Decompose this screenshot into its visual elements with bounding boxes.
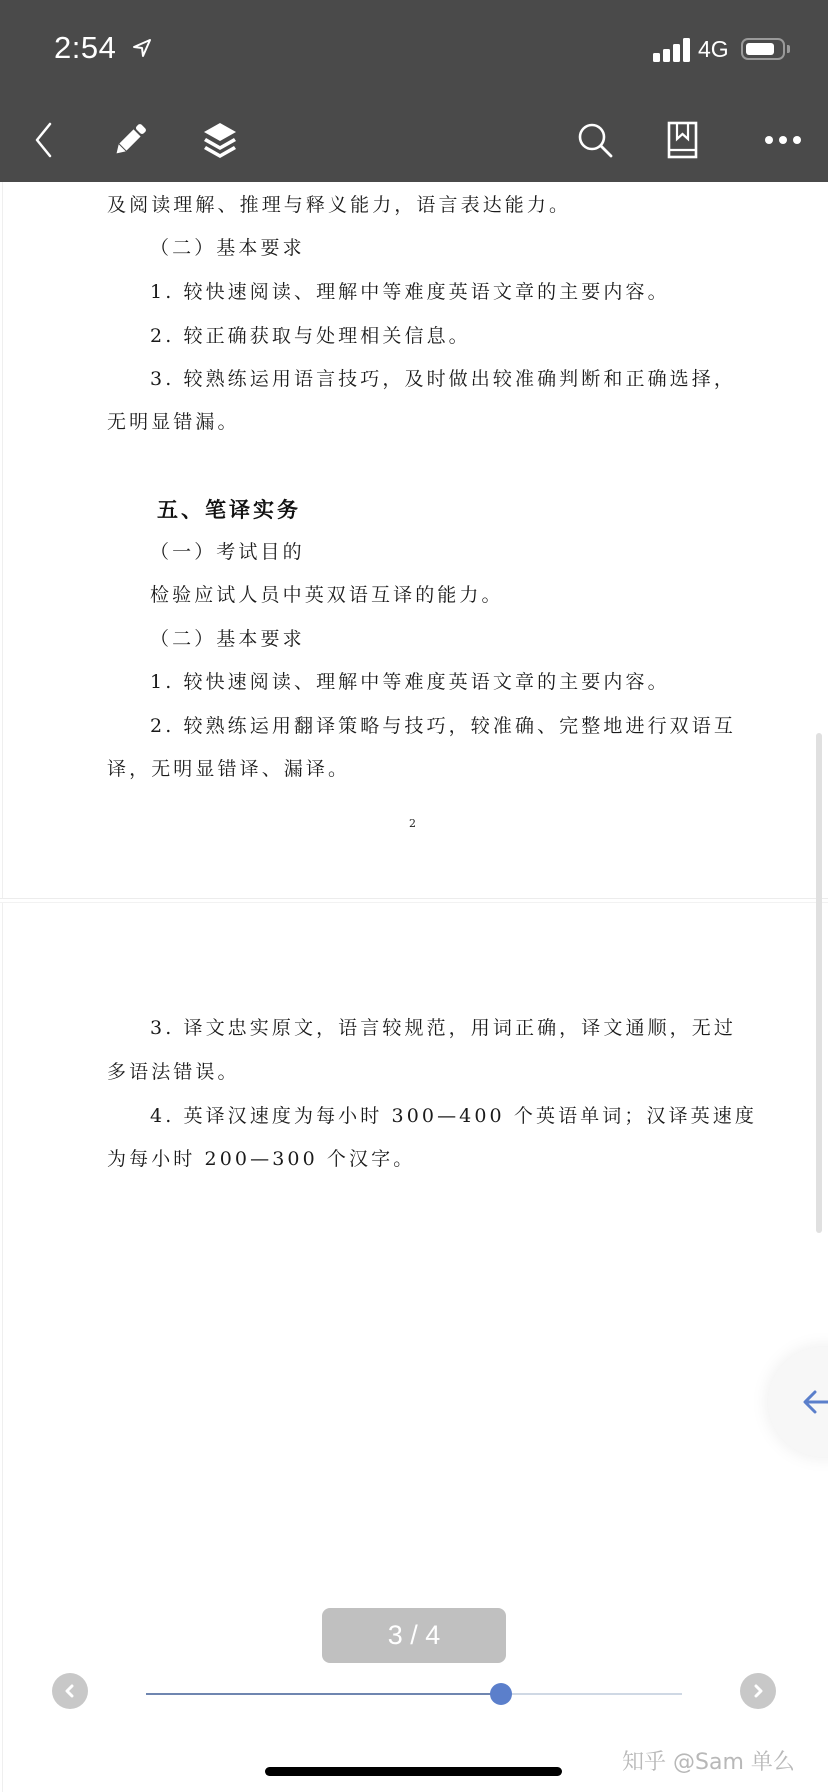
page-indicator-badge: 3 / 4 bbox=[322, 1608, 506, 1663]
doc-list-item-continuation: 多语法错误。 bbox=[107, 1060, 240, 1084]
annotate-button[interactable] bbox=[108, 118, 152, 162]
page-slider-track[interactable] bbox=[146, 1693, 682, 1695]
bookmarks-button[interactable] bbox=[661, 118, 705, 162]
more-button[interactable] bbox=[761, 118, 805, 162]
doc-paragraph-line: 及阅读理解、推理与释义能力，语言表达能力。 bbox=[107, 193, 571, 217]
app-header: 2:54 4G bbox=[0, 0, 828, 182]
battery-icon bbox=[741, 38, 785, 60]
doc-list-item: 4. 英译汉速度为每小时 300—400 个英语单词；汉译英速度 bbox=[150, 1104, 757, 1128]
bookmark-book-icon bbox=[666, 120, 700, 160]
doc-paragraph-line: 检验应试人员中英双语互译的能力。 bbox=[150, 583, 504, 607]
doc-subheading: （一）考试目的 bbox=[150, 540, 305, 564]
arrow-left-icon bbox=[802, 1389, 828, 1415]
doc-list-item: 1. 较快速阅读、理解中等难度英语文章的主要内容。 bbox=[150, 280, 670, 304]
page-slider-fill bbox=[146, 1693, 501, 1695]
layers-icon bbox=[200, 120, 240, 160]
doc-list-item: 2. 较正确获取与处理相关信息。 bbox=[150, 324, 471, 348]
next-page-button[interactable] bbox=[740, 1673, 776, 1709]
more-icon bbox=[763, 134, 803, 146]
doc-list-item-continuation: 译，无明显错译、漏译。 bbox=[107, 757, 350, 781]
chevron-left-icon bbox=[64, 1684, 76, 1698]
home-indicator[interactable] bbox=[265, 1767, 562, 1776]
pencil-icon bbox=[110, 120, 150, 160]
doc-subheading: （二）基本要求 bbox=[150, 236, 305, 260]
page-border bbox=[2, 182, 3, 898]
doc-subheading: （二）基本要求 bbox=[150, 627, 305, 651]
previous-page-button[interactable] bbox=[52, 1673, 88, 1709]
page-number: 2 bbox=[409, 817, 416, 830]
search-button[interactable] bbox=[573, 118, 617, 162]
doc-list-item: 3. 译文忠实原文，语言较规范，用词正确，译文通顺，无过 bbox=[150, 1016, 736, 1040]
status-time: 2:54 bbox=[54, 30, 116, 66]
page-break-divider bbox=[0, 902, 828, 903]
search-icon bbox=[575, 120, 615, 160]
section-heading: 五、笔译实务 bbox=[157, 497, 301, 523]
location-arrow-icon bbox=[131, 37, 153, 59]
doc-list-item: 1. 较快速阅读、理解中等难度英语文章的主要内容。 bbox=[150, 670, 670, 694]
battery-cap bbox=[787, 45, 790, 53]
vertical-scrollbar[interactable] bbox=[816, 733, 822, 1233]
back-button[interactable] bbox=[22, 118, 66, 162]
chevron-left-icon bbox=[32, 120, 56, 160]
floating-back-button[interactable] bbox=[768, 1347, 828, 1457]
doc-list-item-continuation: 为每小时 200—300 个汉字。 bbox=[107, 1147, 415, 1171]
page-break-divider bbox=[0, 898, 828, 899]
network-type: 4G bbox=[698, 36, 729, 63]
doc-list-item: 3. 较熟练运用语言技巧，及时做出较准确判断和正确选择， bbox=[150, 367, 736, 391]
doc-list-item-continuation: 无明显错漏。 bbox=[107, 410, 240, 434]
page-border bbox=[2, 903, 3, 1792]
page-slider-thumb[interactable] bbox=[490, 1683, 512, 1705]
layers-button[interactable] bbox=[198, 118, 242, 162]
signal-strength-icon bbox=[653, 38, 691, 62]
chevron-right-icon bbox=[752, 1684, 764, 1698]
watermark: 知乎 @Sam 单么 bbox=[622, 1745, 795, 1776]
doc-list-item: 2. 较熟练运用翻译策略与技巧，较准确、完整地进行双语互 bbox=[150, 714, 736, 738]
